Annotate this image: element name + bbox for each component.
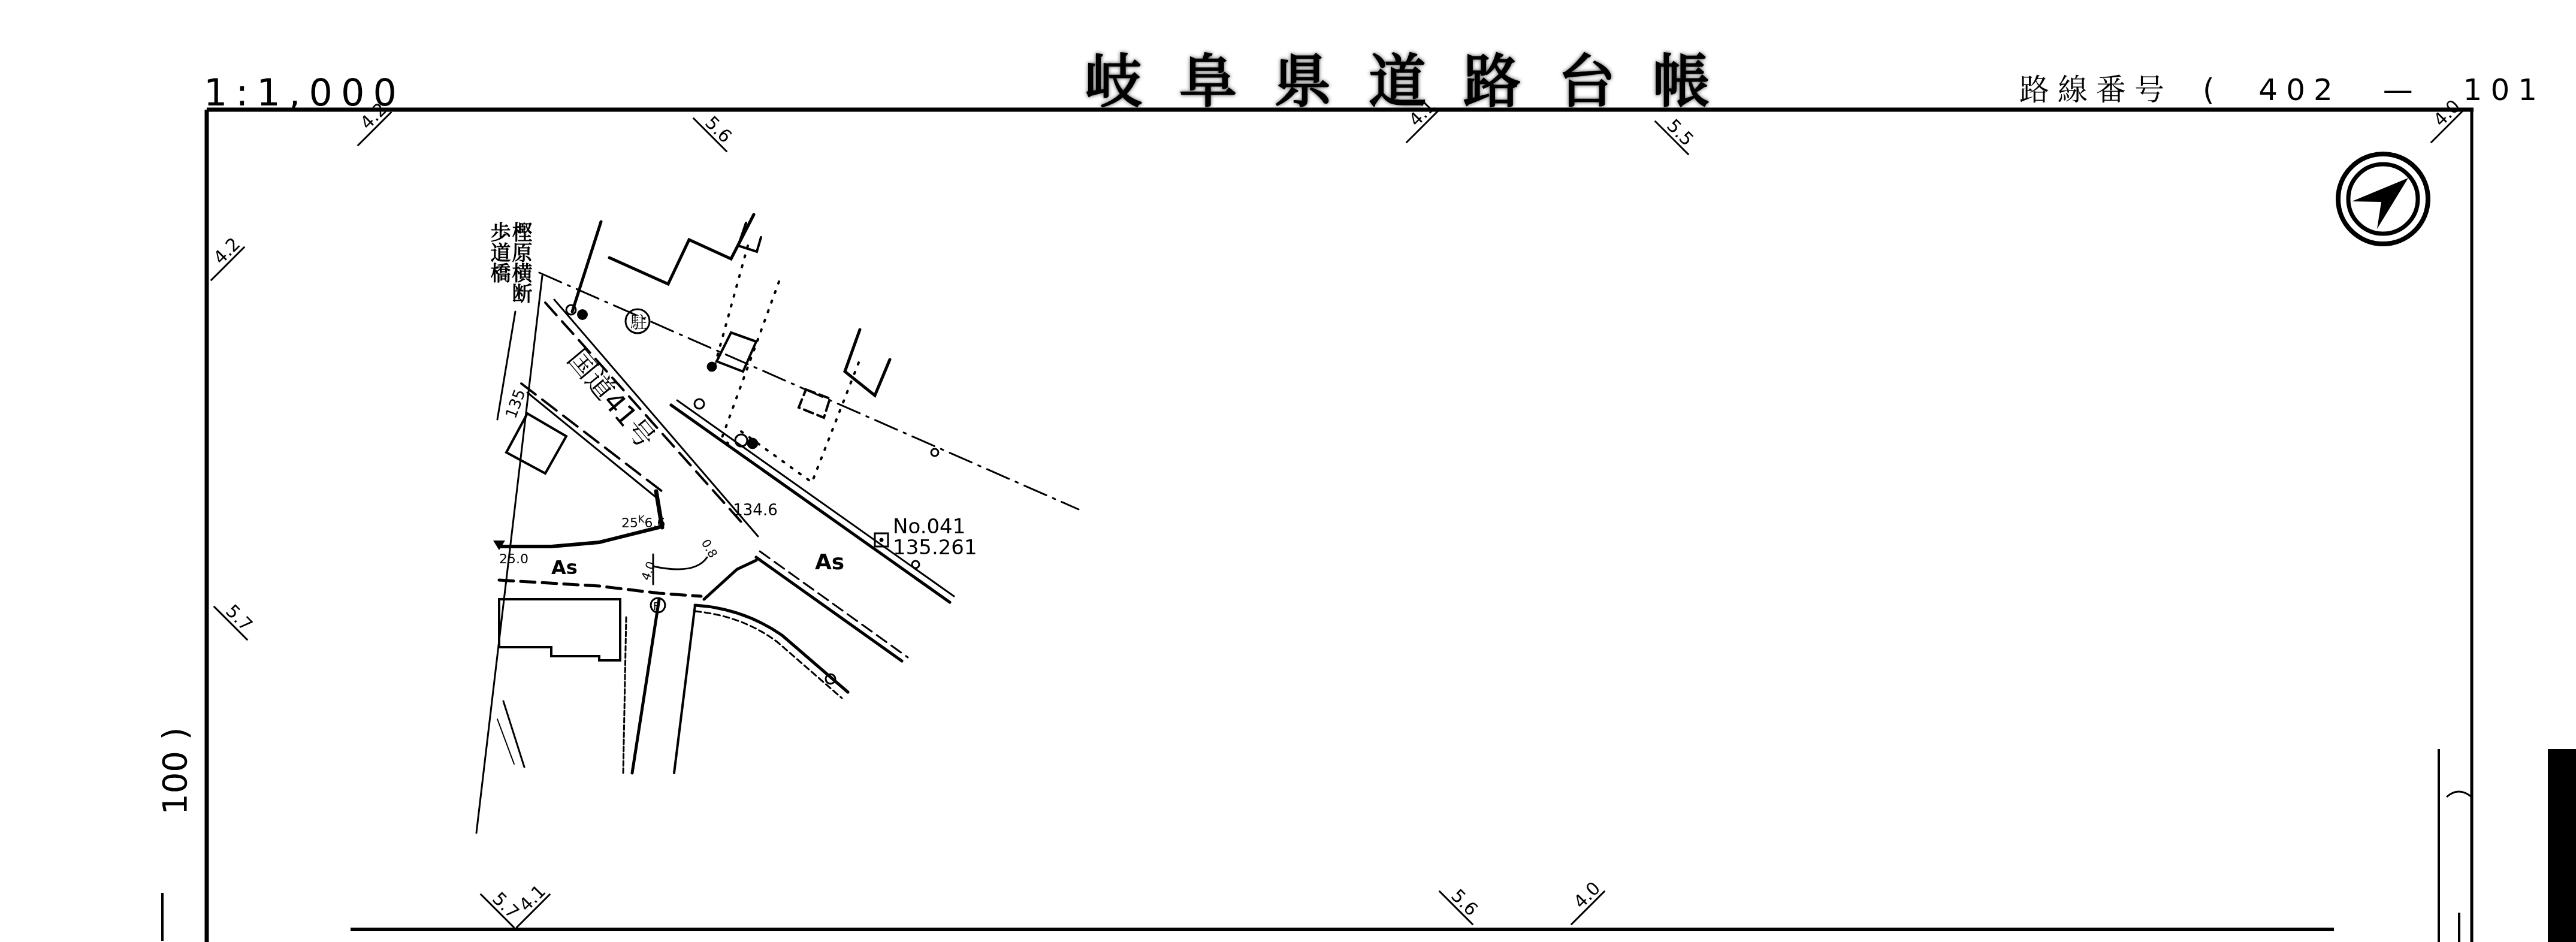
frame-tick-labels: 4.2 5.6 4.1 5.5 4.0 4.2 5.7 5.7 4.1 5.6 … <box>197 95 2465 928</box>
tick-label: 4.0 <box>1570 878 1605 913</box>
map-labels: 歩道橋 樫原横断 駐 国道41号 135 ·134.6 No.041 135.2… <box>487 222 977 613</box>
width-label: 25.0 <box>499 552 529 567</box>
tick-label: 4.2 <box>210 234 244 268</box>
map-frame <box>207 110 2474 942</box>
tick-label: 5.7 <box>488 889 523 923</box>
km-post-label: 25K6.6 <box>621 514 666 531</box>
surface-label-main: As <box>815 550 844 575</box>
tick-label: 5.6 <box>1446 886 1481 920</box>
benchmark-number: No.041 <box>893 515 965 539</box>
tick-label: 4.2 <box>357 99 391 134</box>
corner-width-label: 0.8 <box>699 537 721 561</box>
elevation-point: ·134.6 <box>728 502 778 520</box>
crossing-label-col2: 樫原横断 <box>508 222 532 303</box>
hydrant-symbol: F <box>653 600 659 613</box>
road-map-drawing: 4.2 5.6 4.1 5.5 4.0 4.2 5.7 5.7 4.1 5.6 … <box>0 0 2576 942</box>
sheet-edge-marks <box>162 749 2576 942</box>
map-features <box>476 215 1079 833</box>
crossing-label-col1: 歩道橋 <box>487 222 511 283</box>
road-name-label: 国道41号 <box>561 343 662 454</box>
benchmark-elevation: 135.261 <box>893 536 977 560</box>
parking-symbol: 駐 <box>630 313 647 333</box>
tick-label: 5.6 <box>700 113 735 147</box>
side-width-label: 4.0 <box>638 560 658 582</box>
tick-label: 5.5 <box>1662 116 1697 150</box>
north-arrow-icon <box>2338 154 2428 244</box>
tick-label: 4.1 <box>1405 96 1440 131</box>
tick-label: 5.7 <box>221 601 256 636</box>
tick-label: 4.0 <box>2430 96 2465 131</box>
surface-label-side: As <box>551 556 578 579</box>
